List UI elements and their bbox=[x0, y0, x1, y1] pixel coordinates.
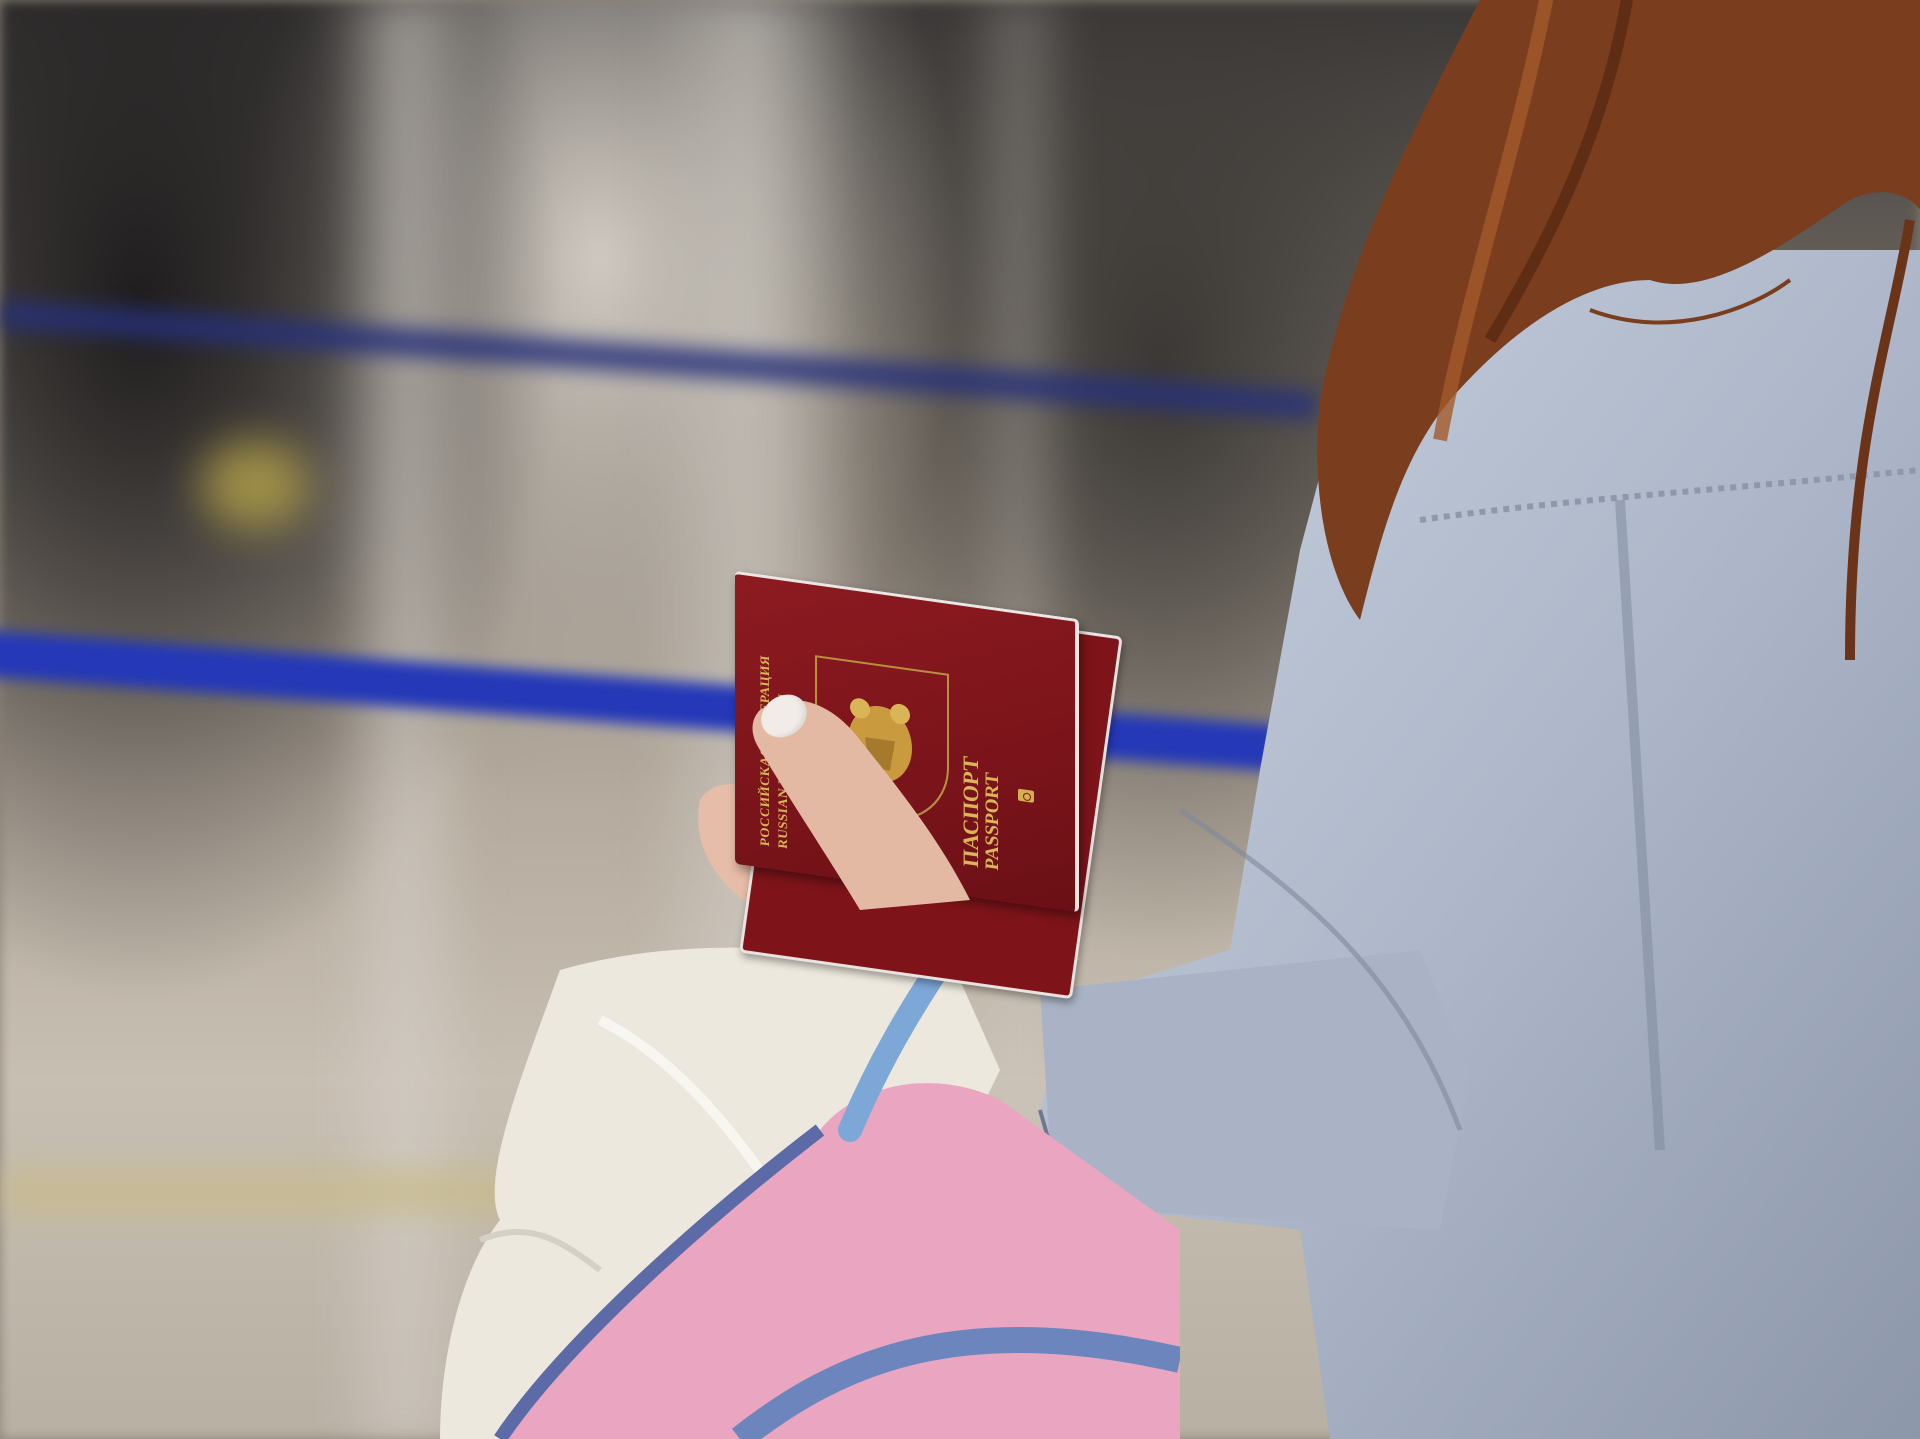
photo-scene: РОССИЙСКАЯ ФЕДЕРАЦИЯ RUSSIAN FEDERATION … bbox=[0, 0, 1920, 1439]
pink-backpack bbox=[440, 930, 1180, 1439]
hair bbox=[1290, 0, 1920, 680]
background-light bbox=[200, 440, 310, 530]
biometric-chip-icon bbox=[1018, 789, 1034, 803]
title-english: PASSPORT bbox=[982, 771, 1004, 871]
